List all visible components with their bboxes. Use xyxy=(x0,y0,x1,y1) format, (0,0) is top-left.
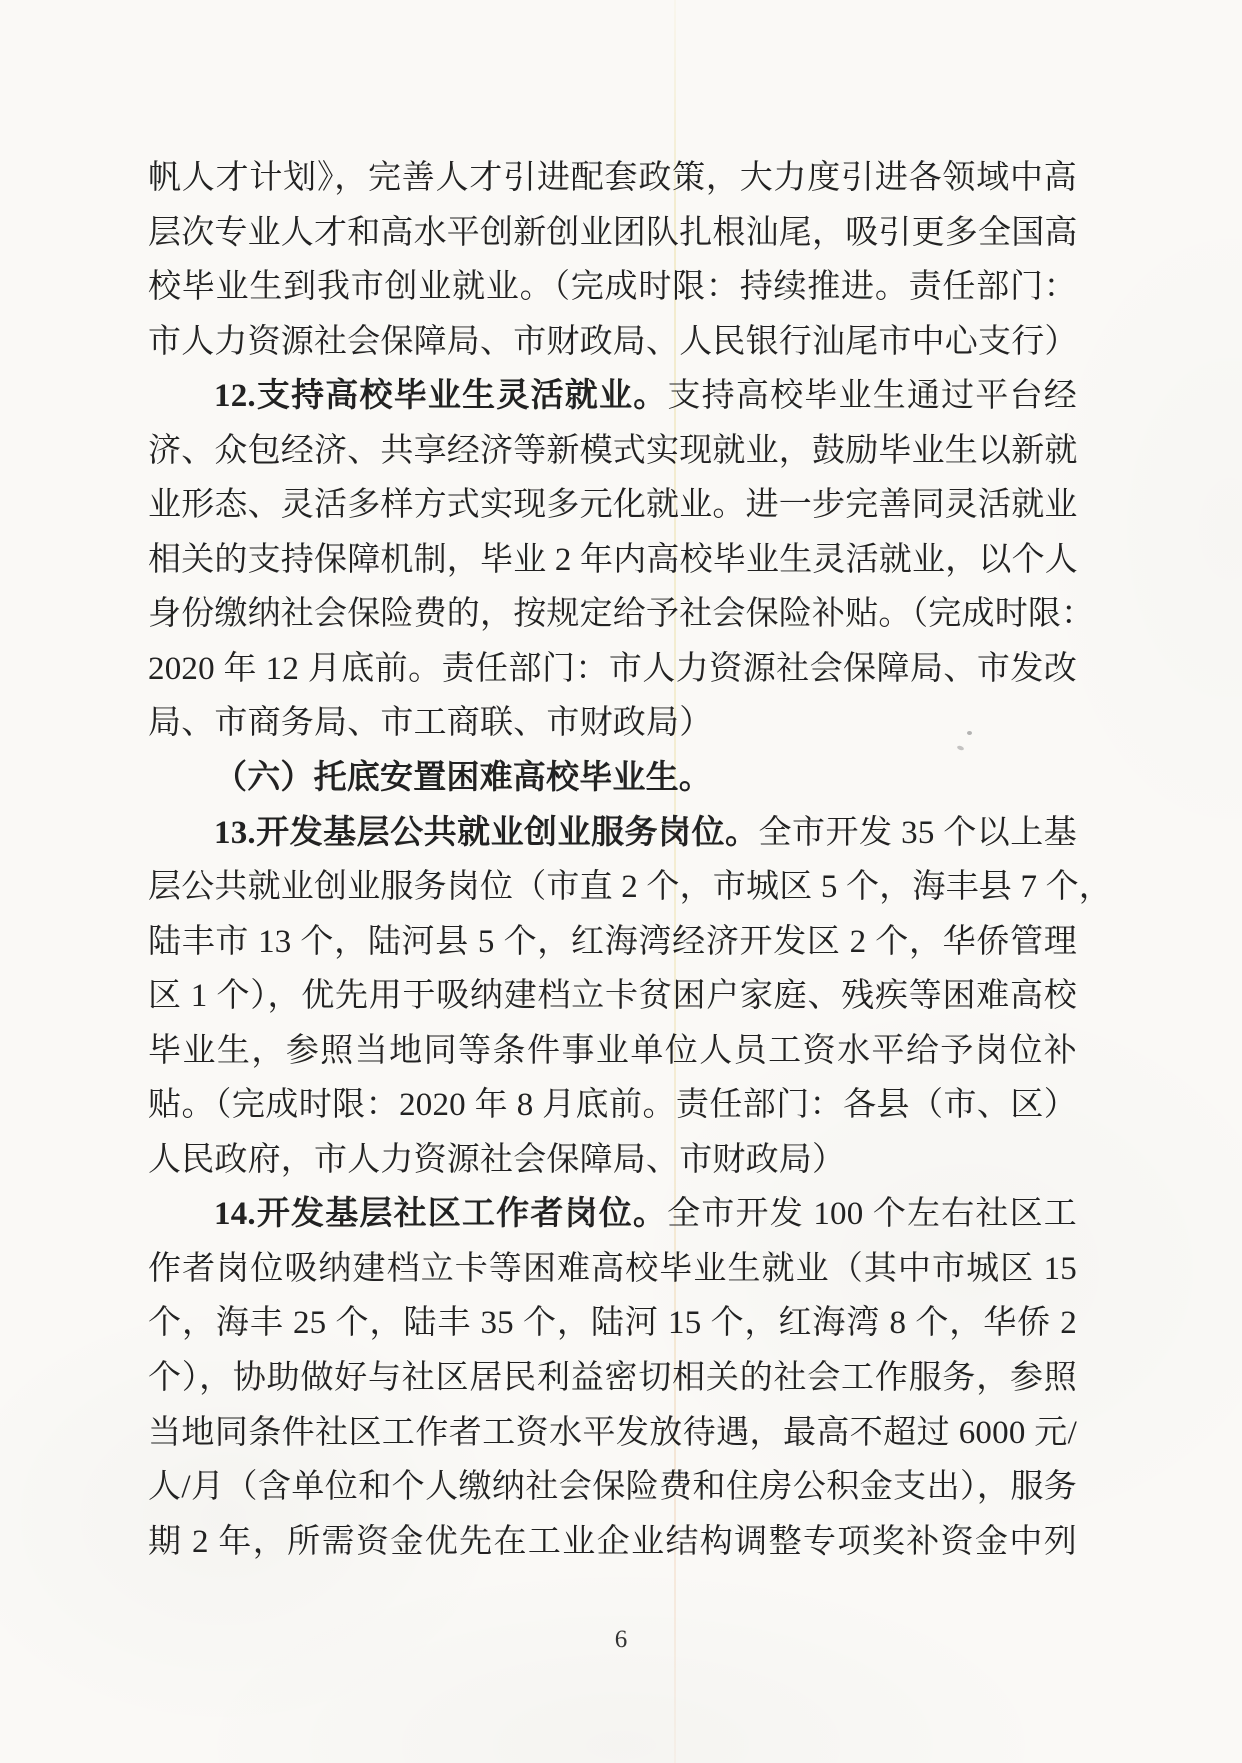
text-line: 陆丰市 13 个，陆河县 5 个，红海湾经济开发区 2 个，华侨管理 xyxy=(148,915,1077,970)
text-line: 2020 年 12 月底前。责任部门：市人力资源社会保障局、市发改 xyxy=(148,642,1077,697)
text-segment: 贴。（完成时限：2020 年 8 月底前。责任部门：各县（市、区） xyxy=(148,1087,1077,1123)
text-segment: 业形态、灵活多样方式实现多元化就业。进一步完善同灵活就业 xyxy=(148,487,1078,523)
text-line: 身份缴纳社会保险费的，按规定给予社会保险补贴。（完成时限： xyxy=(148,587,1077,642)
text-segment: 陆丰市 13 个，陆河县 5 个，红海湾经济开发区 2 个，华侨管理 xyxy=(148,924,1077,960)
text-segment: 支持高校毕业生通过平台经 xyxy=(667,378,1077,414)
text-line: 市人力资源社会保障局、市财政局、人民银行汕尾市中心支行） xyxy=(148,315,1077,370)
text-segment: 校毕业生到我市创业就业。（完成时限：持续推进。责任部门： xyxy=(148,269,1077,305)
text-line: 济、众包经济、共享经济等新模式实现就业，鼓励毕业生以新就 xyxy=(148,424,1077,479)
text-line: 14.开发基层社区工作者岗位。全市开发 100 个左右社区工 xyxy=(148,1187,1077,1242)
scanned-document-page: 帆人才计划》，完善人才引进配套政策，大力度引进各领域中高层次专业人才和高水平创新… xyxy=(0,0,1242,1763)
text-line: 层公共就业创业服务岗位（市直 2 个，市城区 5 个，海丰县 7 个， xyxy=(148,860,1077,915)
text-segment: 作者岗位吸纳建档立卡等困难高校毕业生就业（其中市城区 15 xyxy=(148,1251,1077,1287)
text-segment: 2020 年 12 月底前。责任部门：市人力资源社会保障局、市发改 xyxy=(148,651,1077,687)
text-line: 期 2 年，所需资金优先在工业企业结构调整专项奖补资金中列 xyxy=(148,1515,1077,1570)
text-segment: 个），协助做好与社区居民利益密切相关的社会工作服务，参照 xyxy=(148,1360,1077,1396)
text-line: 帆人才计划》，完善人才引进配套政策，大力度引进各领域中高 xyxy=(148,151,1077,206)
text-segment: 身份缴纳社会保险费的，按规定给予社会保险补贴。（完成时限： xyxy=(148,596,1094,632)
text-segment: 济、众包经济、共享经济等新模式实现就业，鼓励毕业生以新就 xyxy=(148,433,1078,469)
text-line: 作者岗位吸纳建档立卡等困难高校毕业生就业（其中市城区 15 xyxy=(148,1242,1077,1297)
text-segment: 个，海丰 25 个，陆丰 35 个，陆河 15 个，红海湾 8 个，华侨 2 xyxy=(148,1305,1077,1341)
text-line: 校毕业生到我市创业就业。（完成时限：持续推进。责任部门： xyxy=(148,260,1077,315)
text-line: 局、市商务局、市工商联、市财政局） xyxy=(148,696,1077,751)
bold-text-segment: 14.开发基层社区工作者岗位。 xyxy=(214,1196,667,1232)
text-line: 当地同条件社区工作者工资水平发放待遇，最高不超过 6000 元/ xyxy=(148,1406,1077,1461)
text-segment: 层公共就业创业服务岗位（市直 2 个，市城区 5 个，海丰县 7 个， xyxy=(148,869,1112,905)
text-segment: 帆人才计划》，完善人才引进配套政策，大力度引进各领域中高 xyxy=(148,160,1077,196)
text-segment: 区 1 个），优先用于吸纳建档立卡贫困户家庭、残疾等困难高校 xyxy=(148,978,1077,1014)
text-line: 人/月（含单位和个人缴纳社会保险费和住房公积金支出），服务 xyxy=(148,1460,1077,1515)
text-line: 相关的支持保障机制，毕业 2 年内高校毕业生灵活就业，以个人 xyxy=(148,533,1077,588)
text-line: 个），协助做好与社区居民利益密切相关的社会工作服务，参照 xyxy=(148,1351,1077,1406)
text-line: 个，海丰 25 个，陆丰 35 个，陆河 15 个，红海湾 8 个，华侨 2 xyxy=(148,1296,1077,1351)
page-number: 6 xyxy=(0,1626,1242,1654)
text-line: 层次专业人才和高水平创新创业团队扎根汕尾，吸引更多全国高 xyxy=(148,206,1077,261)
text-line: 区 1 个），优先用于吸纳建档立卡贫困户家庭、残疾等困难高校 xyxy=(148,969,1077,1024)
text-segment: 毕业生，参照当地同等条件事业单位人员工资水平给予岗位补 xyxy=(148,1033,1077,1069)
text-segment: 层次专业人才和高水平创新创业团队扎根汕尾，吸引更多全国高 xyxy=(148,215,1078,251)
text-segment: 相关的支持保障机制，毕业 2 年内高校毕业生灵活就业，以个人 xyxy=(148,542,1078,578)
text-segment: 局、市商务局、市工商联、市财政局） xyxy=(148,705,712,741)
text-segment: 期 2 年，所需资金优先在工业企业结构调整专项奖补资金中列 xyxy=(148,1524,1077,1560)
text-line: 贴。（完成时限：2020 年 8 月底前。责任部门：各县（市、区） xyxy=(148,1078,1077,1133)
text-line: 人民政府，市人力资源社会保障局、市财政局） xyxy=(148,1133,1077,1188)
text-line: 12.支持高校毕业生灵活就业。支持高校毕业生通过平台经 xyxy=(148,369,1077,424)
text-segment: 全市开发 100 个左右社区工 xyxy=(667,1196,1077,1232)
text-segment: 全市开发 35 个以上基 xyxy=(758,815,1077,851)
text-segment: 人民政府，市人力资源社会保障局、市财政局） xyxy=(148,1142,845,1178)
bold-text-segment: 13.开发基层公共就业创业服务岗位。 xyxy=(214,815,758,851)
text-line: 13.开发基层公共就业创业服务岗位。全市开发 35 个以上基 xyxy=(148,806,1077,861)
text-segment: 当地同条件社区工作者工资水平发放待遇，最高不超过 6000 元/ xyxy=(148,1415,1077,1451)
text-line: 业形态、灵活多样方式实现多元化就业。进一步完善同灵活就业 xyxy=(148,478,1077,533)
text-segment: 市人力资源社会保障局、市财政局、人民银行汕尾市中心支行） xyxy=(148,324,1078,360)
text-line: 毕业生，参照当地同等条件事业单位人员工资水平给予岗位补 xyxy=(148,1024,1077,1079)
text-segment: 人/月（含单位和个人缴纳社会保险费和住房公积金支出），服务 xyxy=(148,1469,1077,1505)
document-body: 帆人才计划》，完善人才引进配套政策，大力度引进各领域中高层次专业人才和高水平创新… xyxy=(148,151,1077,1569)
text-line: （六）托底安置困难高校毕业生。 xyxy=(148,751,1077,806)
bold-text-segment: （六）托底安置困难高校毕业生。 xyxy=(214,760,712,796)
bold-text-segment: 12.支持高校毕业生灵活就业。 xyxy=(214,378,667,414)
